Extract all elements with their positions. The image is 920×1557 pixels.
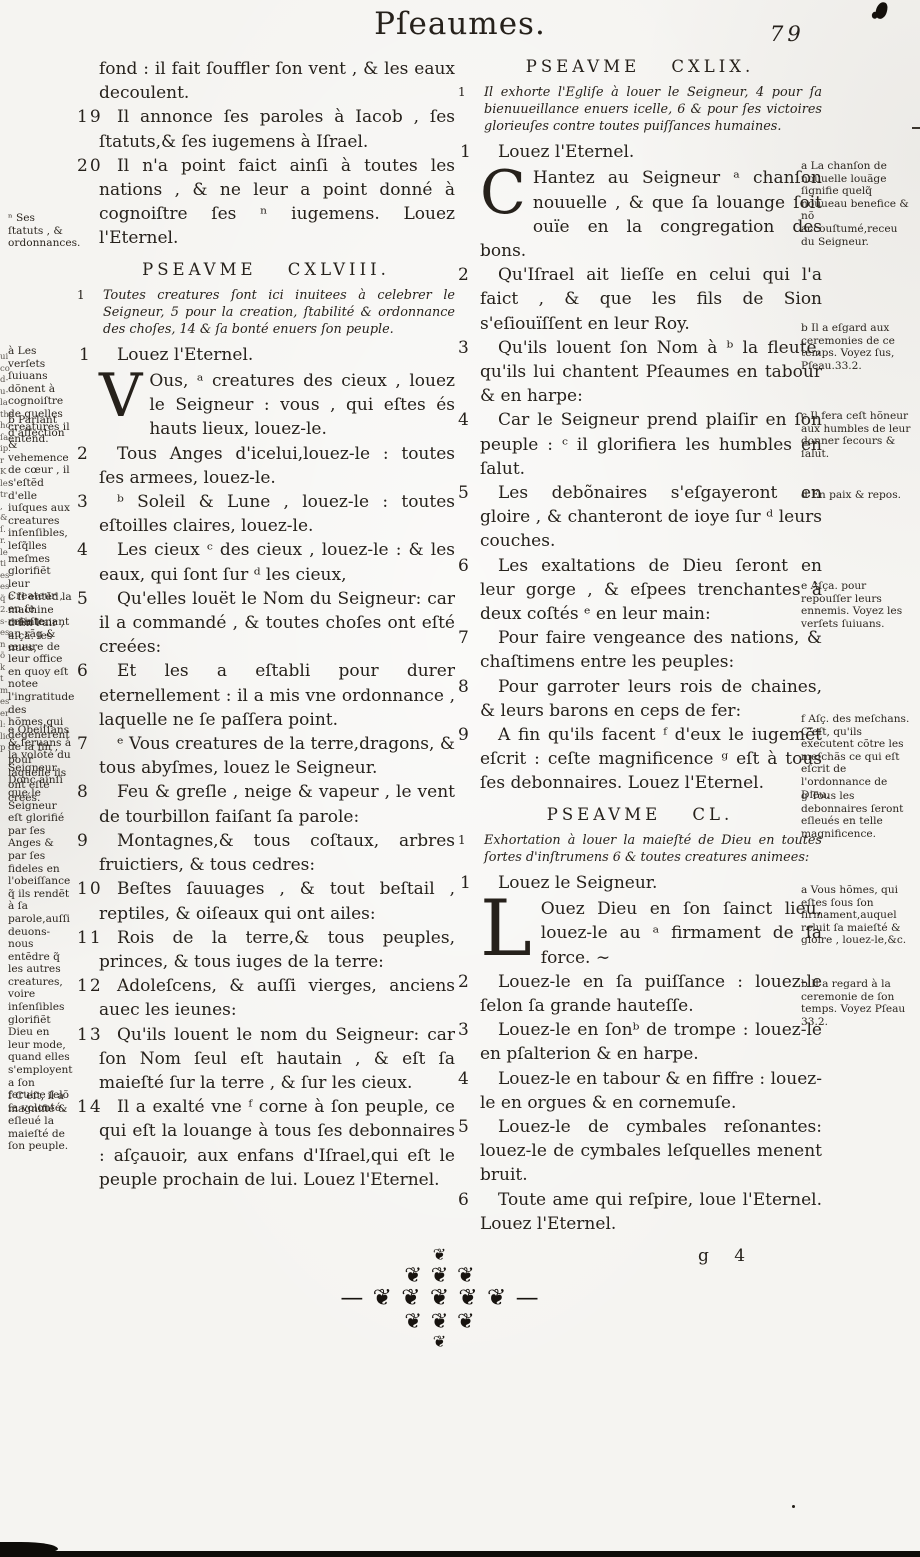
verse: 13Qu'ils louent le nom du Seigneur: car … [77,1023,455,1096]
verse-text: Qu'ils louent ſon Nom à ᵇ la fleute, qu'… [480,338,822,406]
verse-number: 2 [458,970,471,994]
psalm-150-argument: 1 Exhortation à louer la maieſté de Dieu… [458,832,822,866]
psalm-149-heading: PSEAVME CXLIX. [458,55,822,79]
verse-text: A fin qu'ils facent ᶠ d'eux le iugemēt e… [480,725,822,793]
verse-text: Tous Anges d'icelui,louez-le : toutes ſe… [99,444,455,488]
verse-number: 6 [458,1188,471,1212]
printer-ornament: ❦ ❦ ❦ ❦ — ❦ ❦ ❦ ❦ ❦ — ❦ ❦ ❦ ❦ [330,1246,550,1351]
verse-number: 7 [458,626,471,650]
verse-number: 5 [77,587,90,611]
verse-text: Qu'ils louent le nom du Seigneur: car ſo… [99,1025,455,1093]
edge-mark-artifact [912,127,920,129]
page-number: 79 [770,22,805,46]
verse: 5Les debõnaires s'eſgayeront en gloire ,… [458,481,822,554]
verse-number: 9 [77,829,90,853]
verse-text: Montagnes,& tous coſtaux, arbres fruicti… [99,831,455,875]
verse: 4Les cieux ᶜ des cieux , louez-le : & le… [77,538,455,586]
verse: 12Adoleſcens, & auſſi vierges, anciens a… [77,974,455,1022]
verse-text: Louez-le en ſonᵇ de trompe : louez-le en… [480,1020,822,1064]
verse: 6Toute ame qui reſpire, loue l'Eternel. … [458,1188,822,1236]
verse: 4Louez-le en tabour & en fiffre : louez-… [458,1067,822,1115]
verse-text: Toute ame qui reſpire, loue l'Eternel. L… [480,1190,822,1234]
argument-text: Toutes creatures ſont ici inuitees à cel… [103,288,455,337]
verse-number: 1 [79,343,92,367]
verse-number: 14 [77,1095,103,1119]
ornament-row: ❦ ❦ ❦ [330,1310,550,1333]
verse-number: 6 [77,659,90,683]
drop-cap: V [99,369,149,419]
verse-number: 4 [458,1067,471,1091]
verse-text: ᵉ Vous creatures de la terre,dragons, & … [99,734,455,778]
verse-text: Ous, ᵃ creatures des cieux , louez le Se… [149,371,455,439]
scan-corner-blob-artifact [0,1542,58,1553]
verse-number: 5 [458,1115,471,1139]
verse-number: 10 [77,877,103,901]
psalm-148-heading: PSEAVME CXLVIII. [77,258,455,282]
verse-number: 13 [77,1023,103,1047]
psalm-148-argument: 1 Toutes creatures ſont ici inuitees à c… [77,287,455,338]
margin-note-d-149: d En paix & repos. [801,489,913,502]
right-text-column: PSEAVME CXLIX. 1 Il exhorte l'Egliſe à l… [458,55,822,1268]
verse-number: 12 [77,974,103,998]
verse-number: 8 [77,780,90,804]
verse: 9Montagnes,& tous coſtaux, arbres fruict… [77,829,455,877]
psalm-147-continuation: fond : il fait ſouffler ſon vent , & les… [77,57,455,105]
scan-edge-bar-artifact [0,1551,920,1557]
margin-note-a-149: a La chanſon de nouuelle louãge ſignifie… [801,160,913,248]
verse-text: Il n'a point faict ainſi à toutes les na… [99,156,455,249]
verse-number: 6 [458,554,471,578]
margin-note-b-150: b Il a regard à la ceremonie de ſon temp… [801,978,913,1028]
verse-text: Ouez Dieu en ſon ſainct lieu, louez-le a… [541,899,822,967]
verse-number: 3 [458,1018,471,1042]
verse: 8Feu & greſle , neige & vapeur , le vent… [77,780,455,828]
argument-number: 1 [458,832,468,849]
argument-text: Exhortation à louer la maieſté de Dieu e… [484,833,822,865]
verse: 7ᵉ Vous creatures de la terre,dragons, &… [77,732,455,780]
verse-text: Louez-le de cymbales reſonantes: louez-l… [480,1117,822,1185]
verse-number: 5 [458,481,471,505]
verse-number: 2 [77,442,90,466]
verse-text: Les exaltations de Dieu ſeront en leur g… [480,556,822,624]
verse-text: Louez-le en ſa puiſſance : louez-le ſelo… [480,972,822,1016]
verse-number: 2 [458,263,471,287]
verse: 19 Il annonce ſes paroles à Iacob , ſes … [77,105,455,153]
verse: 10Beſtes ſauuages , & tout beſtail , rep… [77,877,455,925]
verse-text: ᵇ Soleil & Lune , louez-le : toutes eſto… [99,492,455,536]
verse-number: 4 [77,538,90,562]
verse: 3ᵇ Soleil & Lune , louez-le : toutes eſt… [77,490,455,538]
psalm-148-intro: 1 Louez l'Eternel. [77,343,455,367]
ornament-row: ❦ [330,1333,550,1351]
verse-number: 9 [458,723,471,747]
verse-text: Les debõnaires s'eſgayeront en gloire , … [480,483,822,551]
verse-number: 1 [460,871,473,895]
psalm-149-argument: 1 Il exhorte l'Egliſe à louer le Seigneu… [458,84,822,135]
psalm-150-intro: 1 Louez le Seigneur. [458,871,822,895]
margin-note-b-149: b Il a eſgard aux ceremonies de ce temps… [801,322,913,372]
verse-text: Louez l'Eternel. [498,142,634,162]
verse: 5Qu'elles louët le Nom du Seigneur: car … [77,587,455,660]
verse-text: Louez l'Eternel. [117,345,253,365]
verse-text: Car le Seigneur prend plaiſir en ſon peu… [480,410,822,478]
margin-note-c-149: c Il fera ceſt hõneur aux humbles de leu… [801,410,913,460]
psalm-148-opening: V Ous, ᵃ creatures des cieux , louez le … [77,369,455,442]
margin-note-n: ⁿ Ses ſtatuts , & ordonnances. [8,212,72,250]
verse: 6Les exaltations de Dieu ſeront en leur … [458,554,822,627]
verse-number: 4 [458,408,471,432]
verse-number: 8 [458,675,471,699]
verse: 5Louez-le de cymbales reſonantes: louez-… [458,1115,822,1188]
verse: 9A fin qu'ils facent ᶠ d'eux le iugemēt … [458,723,822,796]
verse: 6Et les a eſtabli pour durer eternelleme… [77,659,455,732]
verse-text: Les cieux ᶜ des cieux , louez-le : & les… [99,540,455,584]
verse: 2Tous Anges d'icelui,louez-le : toutes ſ… [77,442,455,490]
left-text-column: fond : il fait ſouffler ſon vent , & les… [77,57,455,1192]
psalm-149-intro: 1 Louez l'Eternel. [458,140,822,164]
verse: 8Pour garroter leurs rois de chaines, & … [458,675,822,723]
verse-text: Beſtes ſauuages , & tout beſtail , repti… [99,879,455,923]
psalm-150-heading: PSEAVME CL. [458,803,822,827]
verse-text: Rois de la terre,& tous peuples, princes… [99,928,455,972]
argument-text: Il exhorte l'Egliſe à louer le Seigneur,… [484,85,822,134]
verse-text: Et les a eſtabli pour durer eternellemen… [99,661,455,729]
argument-number: 1 [458,84,468,101]
margin-note-f-149: f Aſç. des meſchans. C'eſt, qu'ils execu… [801,713,913,801]
verse-text: Qu'elles louët le Nom du Seigneur: car i… [99,589,455,657]
margin-note-g-149: g Tous les debonnaires ſeront eſleués en… [801,790,913,840]
verse-number: 11 [77,926,103,950]
verse-text: Feu & greſle , neige & vapeur , le vent … [99,782,455,826]
drop-cap: C [480,166,533,216]
ornament-row: ❦ ❦ ❦ [330,1264,550,1287]
verse-text: Il a exalté vne ᶠ corne à ſon peuple, ce… [99,1097,455,1190]
verse: 3Qu'ils louent ſon Nom à ᵇ la fleute, qu… [458,336,822,409]
verse: 2Louez-le en ſa puiſſance : louez-le ſel… [458,970,822,1018]
ornament-row: — ❦ ❦ ❦ ❦ ❦ — [330,1287,550,1310]
verse-number: 3 [458,336,471,360]
verse: 14Il a exalté vne ᶠ corne à ſon peuple, … [77,1095,455,1192]
argument-number: 1 [77,287,87,304]
margin-note-a-150: a Vous hõmes, qui eſtes ſous ſon firmame… [801,884,913,947]
margin-note-e-149: e Aſça. pour repouſſer leurs ennemis. Vo… [801,580,913,630]
verse-number: 7 [77,732,90,756]
page-edge-text-fragments: ui co d- u- la the ho- ſa- ip. r K le tr… [0,352,15,1182]
verse: 20 Il n'a point faict ainſi à toutes les… [77,154,455,251]
verse-text: Louez-le en tabour & en fiffre : louez-l… [480,1069,822,1113]
verse-text: Pour garroter leurs rois de chaines, & l… [480,677,822,721]
verse-number: 19 [77,105,103,129]
verse: 3Louez-le en ſonᵇ de trompe : louez-le e… [458,1018,822,1066]
verse: 11Rois de la terre,& tous peuples, princ… [77,926,455,974]
verse-text: Il annonce ſes paroles à Iacob , ſes ſta… [99,107,455,151]
verse-text: Louez le Seigneur. [498,873,657,893]
margin-note-d: d En l'air , aſça. les nues, [8,617,72,655]
verse: 2Qu'Iſrael ait lieſſe en celui qui l'a f… [458,263,822,336]
verse-number: 1 [460,140,473,164]
psalm-149-opening: C Hantez au Seigneur ᵃ chanſon nouuelle … [458,166,822,263]
psalm-150-opening: L Ouez Dieu en ſon ſainct lieu, louez-le… [458,897,822,970]
margin-note-e: e Obeiſſans & ſeruans à la volõté du Sei… [8,724,72,1114]
verse-number: 3 [77,490,90,514]
verse: 7Pour faire vengeance des nations, & cha… [458,626,822,674]
verse-text: Adoleſcens, & auſſi vierges, anciens aue… [99,976,455,1020]
verse-text: Pour faire vengeance des nations, & chaſ… [480,628,822,672]
ink-speck-artifact [792,1505,795,1508]
book-page: Pſeaumes. 79 fond : il fait ſouffler ſon… [0,0,920,1557]
drop-cap: L [480,897,541,957]
verse-text: Qu'Iſrael ait lieſſe en celui qui l'a fa… [480,265,822,333]
verse: 4Car le Seigneur prend plaiſir en ſon pe… [458,408,822,481]
verse-number: 20 [77,154,103,178]
margin-note-f: f C'eſt, il a magnifié & eſleué la maieſ… [8,1090,72,1153]
ornament-row: ❦ [330,1246,550,1264]
